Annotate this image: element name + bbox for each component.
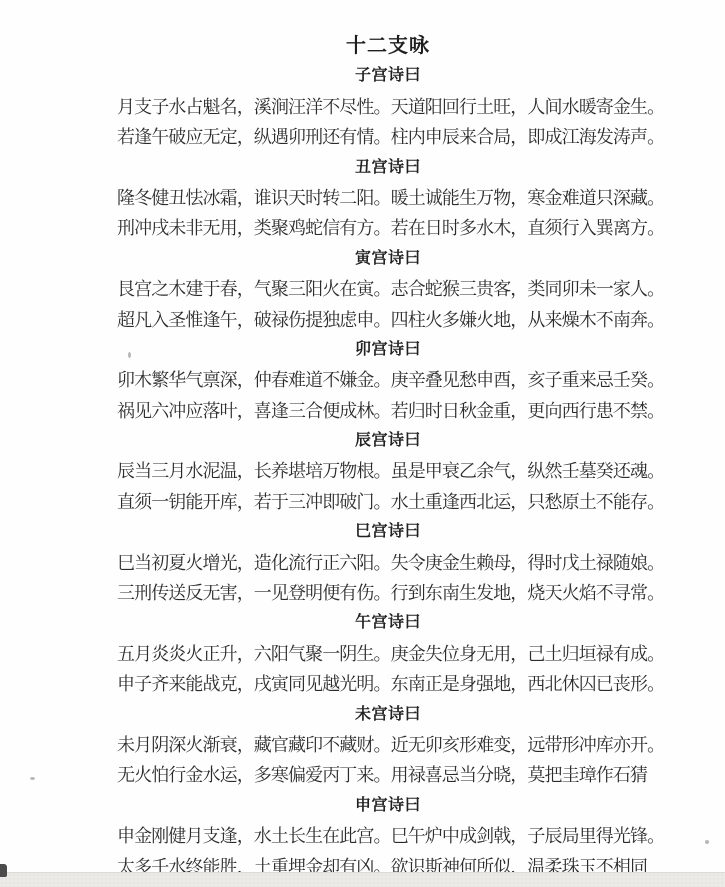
section-header: 巳宫诗曰 — [55, 517, 721, 547]
verse-line: 艮宫之木建于春，气聚三阳火在寅。志合蛇猴三贵客，类同卯未一家人。 — [55, 274, 721, 304]
scan-speckle — [705, 840, 709, 844]
scan-corner-mark — [0, 864, 7, 877]
verse-line: 刑冲戌未非无用，类聚鸡蛇信有方。若在日时多水木，直须行入巽离方。 — [55, 213, 721, 243]
verse-line: 祸见六冲应落叶，喜逢三合便成林。若归时日秋金重，更向西行患不禁。 — [55, 396, 721, 426]
section-header: 午宫诗曰 — [55, 608, 721, 638]
verse-line: 直须一钥能开库，若于三冲即破门。水土重逢西北运，只愁原土不能存。 — [55, 487, 721, 517]
section-shen-palace: 申宫诗曰 申金刚健月支逢，水土长生在此宫。巳午炉中成剑戟，子辰局里得光锋。 太多… — [55, 791, 721, 882]
section-header: 未宫诗曰 — [55, 700, 721, 730]
section-wu-palace: 午宫诗曰 五月炎炎火正升，六阳气聚一阴生。庚金失位身无用，己土归垣禄有成。 申子… — [55, 608, 721, 699]
section-yin-palace: 寅宫诗曰 艮宫之木建于春，气聚三阳火在寅。志合蛇猴三贵客，类同卯未一家人。 超凡… — [55, 244, 721, 335]
verse-line: 隆冬健丑怯冰霜，谁识天时转二阳。暖土诚能生万物，寒金难道只深藏。 — [55, 183, 721, 213]
section-zi-palace: 子宫诗曰 月支子水占魁名，溪涧汪洋不尽性。天道阳回行土旺，人间水暖寄金生。 若逢… — [55, 61, 721, 152]
verse-line: 五月炎炎火正升，六阳气聚一阴生。庚金失位身无用，己土归垣禄有成。 — [55, 639, 721, 669]
verse-line: 超凡入圣惟逢午，破禄伤提独虑申。四柱火多嫌火地，从来燥木不南奔。 — [55, 305, 721, 335]
verse-line: 月支子水占魁名，溪涧汪洋不尽性。天道阳回行土旺，人间水暖寄金生。 — [55, 92, 721, 122]
page-title: 十二支咏 — [55, 31, 721, 61]
verse-line: 未月阴深火渐衰，藏官藏印不藏财。近无卯亥形难变，远带形冲库亦开。 — [55, 730, 721, 760]
verse-line: 无火怕行金水运，多寒偏爱丙丁来。用禄喜忌当分晓，莫把圭璋作石猜 — [55, 760, 721, 790]
section-wei-palace: 未宫诗曰 未月阴深火渐衰，藏官藏印不藏财。近无卯亥形难变，远带形冲库亦开。 无火… — [55, 700, 721, 791]
verse-line: 巳当初夏火增光，造化流行正六阳。失令庚金生赖母，得时戊土禄随娘。 — [55, 548, 721, 578]
section-chou-palace: 丑宫诗曰 隆冬健丑怯冰霜，谁识天时转二阳。暖土诚能生万物，寒金难道只深藏。 刑冲… — [55, 153, 721, 244]
scan-speckle — [30, 777, 35, 780]
scan-edge-band — [0, 872, 725, 887]
verse-line: 申金刚健月支逢，水土长生在此宫。巳午炉中成剑戟，子辰局里得光锋。 — [55, 821, 721, 851]
scanned-document-page: 十二支咏 子宫诗曰 月支子水占魁名，溪涧汪洋不尽性。天道阳回行土旺，人间水暖寄金… — [0, 0, 725, 887]
section-header: 卯宫诗曰 — [55, 335, 721, 365]
scan-speckle — [128, 352, 131, 358]
section-header: 辰宫诗曰 — [55, 426, 721, 456]
verse-line: 辰当三月水泥温，长养堪培万物根。虽是甲衰乙余气，纵然壬墓癸还魂。 — [55, 456, 721, 486]
verse-line: 卯木繁华气禀深，仲春难道不嫌金。庚辛叠见愁申酉，亥子重来忌壬癸。 — [55, 365, 721, 395]
section-chen-palace: 辰宫诗曰 辰当三月水泥温，长养堪培万物根。虽是甲衰乙余气，纵然壬墓癸还魂。 直须… — [55, 426, 721, 517]
section-header: 丑宫诗曰 — [55, 153, 721, 183]
section-header: 申宫诗曰 — [55, 791, 721, 821]
verse-line: 三刑传送反无害，一见登明便有伤。行到东南生发地，烧天火焰不寻常。 — [55, 578, 721, 608]
section-header: 子宫诗曰 — [55, 61, 721, 91]
text-content: 十二支咏 子宫诗曰 月支子水占魁名，溪涧汪洋不尽性。天道阳回行土旺，人间水暖寄金… — [55, 31, 721, 882]
verse-line: 若逢午破应无定，纵遇卯刑还有情。柱内申辰来合局，即成江海发涛声。 — [55, 122, 721, 152]
verse-line: 申子齐来能战克，戌寅同见越光明。东南正是身强地，西北休囚已丧形。 — [55, 669, 721, 699]
section-header: 寅宫诗曰 — [55, 244, 721, 274]
section-mao-palace: 卯宫诗曰 卯木繁华气禀深，仲春难道不嫌金。庚辛叠见愁申酉，亥子重来忌壬癸。 祸见… — [55, 335, 721, 426]
section-si-palace: 巳宫诗曰 巳当初夏火增光，造化流行正六阳。失令庚金生赖母，得时戊土禄随娘。 三刑… — [55, 517, 721, 608]
